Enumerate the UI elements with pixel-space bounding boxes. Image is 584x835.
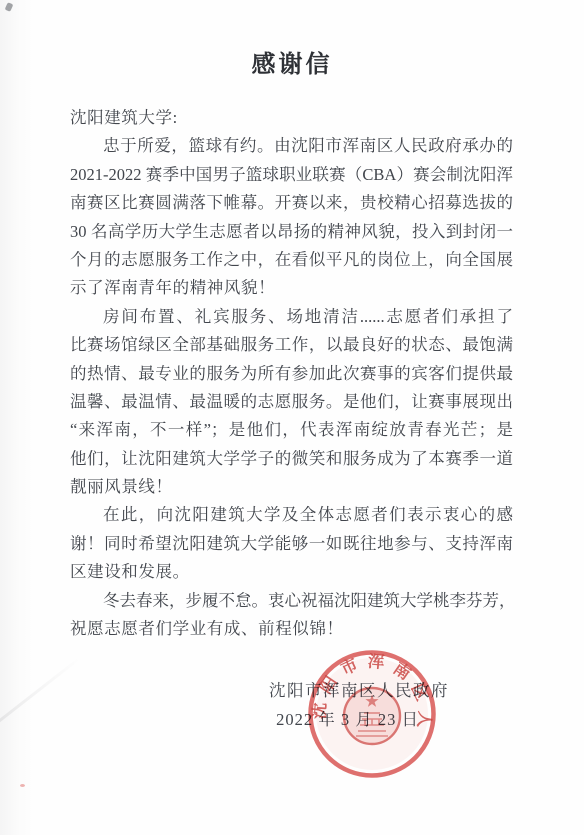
letter-salutation: 沈阳建筑大学:	[70, 104, 513, 132]
letter-line: “来浑南，不一样”；是他们，代表浑南绽放青春光芒；是	[70, 416, 513, 444]
letter-line: 在此，向沈阳建筑大学及全体志愿者们表示衷心的感	[70, 501, 513, 529]
letter-line: 祝愿志愿者们学业有成、前程似锦！	[70, 615, 513, 643]
letter-line: 靓丽风景线！	[70, 473, 513, 501]
letter-line: 比赛场馆绿区全部基础服务工作，以最良好的状态、最饱满	[70, 331, 513, 359]
letter-line: 2021-2022 赛季中国男子篮球职业联赛（CBA）赛会制沈阳浑	[70, 161, 513, 189]
letter-page: 感谢信 沈阳建筑大学: 忠于所爱，篮球有约。由沈阳市浑南区人民政府承办的2021…	[0, 0, 584, 835]
letter-line: 他们，让沈阳建筑大学学子的微笑和服务成为了本赛季一道	[70, 445, 513, 473]
letter-closing: 沈阳市浑南区人民政府 2022 年 3 月 23 日	[70, 676, 513, 734]
letter-body: 沈阳建筑大学: 忠于所爱，篮球有约。由沈阳市浑南区人民政府承办的2021-202…	[70, 104, 513, 643]
letter-line: 示了浑南青年的精神风貌！	[70, 274, 513, 302]
letter-line: 忠于所爱，篮球有约。由沈阳市浑南区人民政府承办的	[70, 132, 513, 160]
letter-line: 区建设和发展。	[70, 558, 513, 586]
letter-line: 谢！同时希望沈阳建筑大学能够一如既往地参与、支持浑南	[70, 530, 513, 558]
letter-line: 冬去春来，步履不怠。衷心祝福沈阳建筑大学桃李芬芳，	[70, 587, 513, 615]
letter-line: 房间布置、礼宾服务、场地清洁......志愿者们承担了	[70, 303, 513, 331]
scan-artifact	[5, 2, 14, 12]
letter-line: 30 名高学历大学生志愿者以昂扬的精神风貌，投入到封闭一	[70, 218, 513, 246]
signature-date: 2022 年 3 月 23 日	[70, 705, 513, 734]
letter-line: 的热情、最专业的服务为所有参加此次赛事的宾客们提供最	[70, 360, 513, 388]
letter-line: 南赛区比赛圆满落下帷幕。开赛以来，贵校精心招募选拔的	[70, 189, 513, 217]
letter-title: 感谢信	[0, 44, 584, 79]
signature-name: 沈阳市浑南区人民政府	[70, 676, 513, 705]
letter-line: 个月的志愿服务工作之中，在看似平凡的岗位上，向全国展	[70, 246, 513, 274]
scan-artifact	[20, 784, 25, 787]
scan-edge-shade	[0, 0, 34, 835]
letter-line: 温馨、最温情、最温暖的志愿服务。是他们，让赛事展现出	[70, 388, 513, 416]
